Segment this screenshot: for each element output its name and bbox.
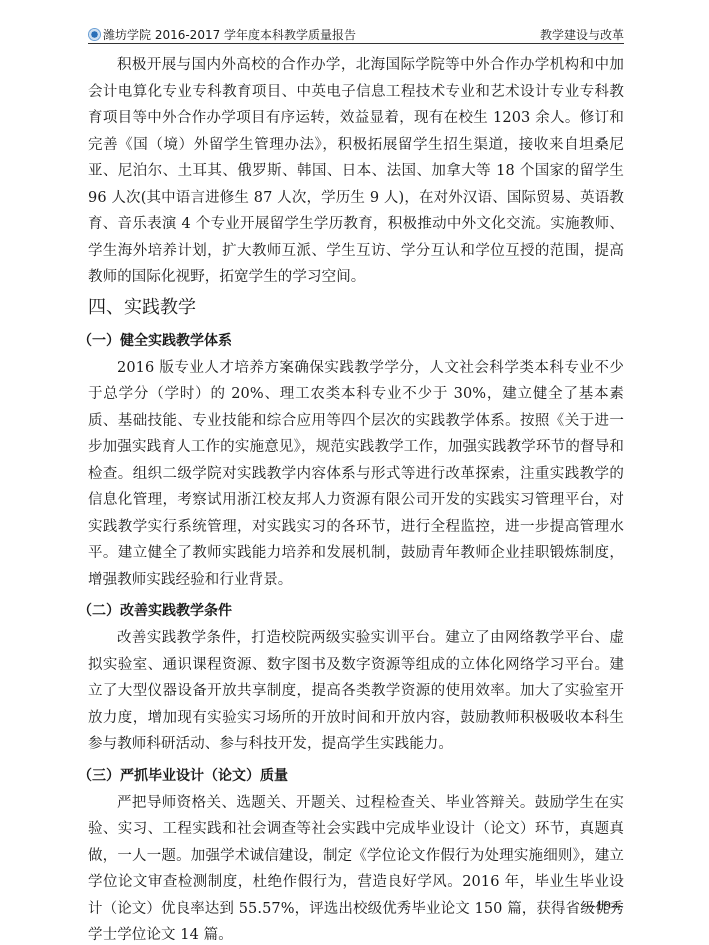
subsection-heading-1: （一）健全实践教学体系: [78, 329, 624, 353]
section-heading: 四、实践教学: [88, 295, 624, 321]
subsection-heading-3: （三）严抓毕业设计（论文）质量: [78, 764, 624, 788]
subsection-paragraph-3: 严把导师资格关、选题关、开题关、过程检查关、毕业答辩关。鼓励学生在实验、实习、工…: [88, 790, 624, 945]
subsection-heading-2: （二）改善实践教学条件: [78, 599, 624, 623]
chapter-title: 教学建设与改革: [540, 26, 624, 43]
page-header: 潍坊学院 2016-2017 学年度本科教学质量报告 教学建设与改革: [88, 25, 624, 44]
school-emblem-icon: [88, 28, 101, 41]
subsection-paragraph-2: 改善实践教学条件，打造校院两级实验实训平台。建立了由网络教学平台、虚拟实验室、通…: [88, 625, 624, 758]
report-title: 潍坊学院 2016-2017 学年度本科教学质量报告: [103, 26, 356, 43]
page-content: 积极开展与国内外高校的合作办学，北海国际学院等中外合作办学机构和中加会计电算化专…: [88, 52, 624, 945]
page-number: —19—: [584, 899, 623, 913]
header-left: 潍坊学院 2016-2017 学年度本科教学质量报告: [88, 26, 356, 43]
subsection-paragraph-1: 2016 版专业人才培养方案确保实践教学学分，人文社会科学类本科专业不少于总学分…: [88, 355, 624, 594]
intro-paragraph: 积极开展与国内外高校的合作办学，北海国际学院等中外合作办学机构和中加会计电算化专…: [88, 52, 624, 291]
